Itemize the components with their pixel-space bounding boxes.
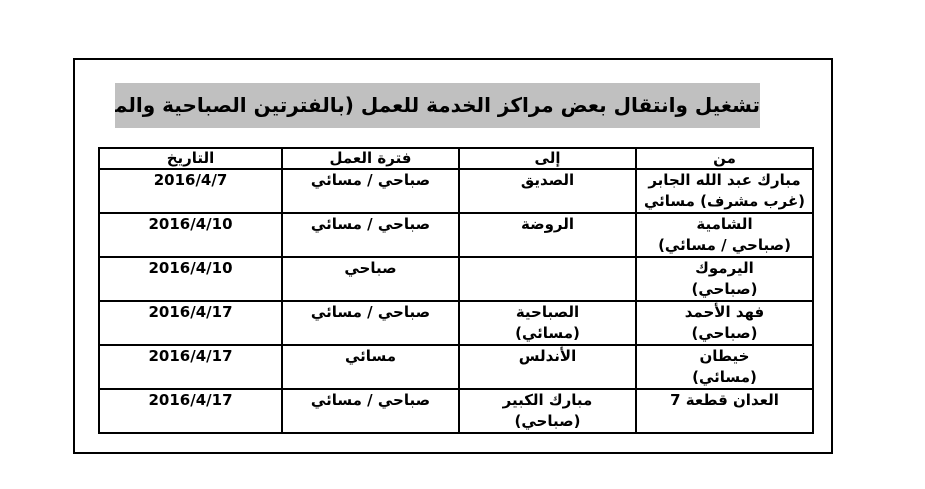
service-centers-table: من إلى فترة العمل التاريخ مبارك عبد الله… (98, 147, 814, 434)
table-row: اليرموك(صباحي)صباحي2016/4/10 (99, 257, 813, 301)
cell-work-period: صباحي / مسائي (282, 389, 459, 433)
cell-from: اليرموك(صباحي) (636, 257, 813, 301)
cell-date: 2016/4/10 (99, 213, 282, 257)
cell-work-period: مسائي (282, 345, 459, 389)
cell-from: خيطان(مسائي) (636, 345, 813, 389)
cell-date: 2016/4/17 (99, 345, 282, 389)
document-page: { "page": { "background": "#ffffff", "te… (0, 0, 925, 489)
table-row: فهد الأحمد(صباحي)الصباحية(مسائي)صباحي / … (99, 301, 813, 345)
table-row: مبارك عبد الله الجابر(غرب مشرف) مسائيالص… (99, 169, 813, 213)
cell-date: 2016/4/7 (99, 169, 282, 213)
table-body: مبارك عبد الله الجابر(غرب مشرف) مسائيالص… (99, 169, 813, 433)
column-header-from: من (636, 148, 813, 169)
table-row: العدان قطعة 7مبارك الكبير(صباحي)صباحي / … (99, 389, 813, 433)
column-header-to: إلى (459, 148, 636, 169)
column-header-date: التاريخ (99, 148, 282, 169)
cell-to: الصديق (459, 169, 636, 213)
table-row: خيطان(مسائي)الأندلسمسائي2016/4/17 (99, 345, 813, 389)
header-row: من إلى فترة العمل التاريخ (99, 148, 813, 169)
cell-date: 2016/4/17 (99, 389, 282, 433)
cell-to (459, 257, 636, 301)
cell-to: مبارك الكبير(صباحي) (459, 389, 636, 433)
cell-work-period: صباحي (282, 257, 459, 301)
content-frame: تشغيل وانتقال بعض مراكز الخدمة للعمل (با… (73, 58, 833, 454)
cell-to: الأندلس (459, 345, 636, 389)
page-title: تشغيل وانتقال بعض مراكز الخدمة للعمل (با… (115, 83, 760, 128)
cell-from: فهد الأحمد(صباحي) (636, 301, 813, 345)
table-row: الشامية(صباحي / مسائي)الروضةصباحي / مسائ… (99, 213, 813, 257)
column-header-work-period: فترة العمل (282, 148, 459, 169)
cell-date: 2016/4/10 (99, 257, 282, 301)
cell-from: العدان قطعة 7 (636, 389, 813, 433)
cell-work-period: صباحي / مسائي (282, 169, 459, 213)
cell-work-period: صباحي / مسائي (282, 301, 459, 345)
cell-date: 2016/4/17 (99, 301, 282, 345)
cell-to: الروضة (459, 213, 636, 257)
cell-from: مبارك عبد الله الجابر(غرب مشرف) مسائي (636, 169, 813, 213)
cell-work-period: صباحي / مسائي (282, 213, 459, 257)
cell-from: الشامية(صباحي / مسائي) (636, 213, 813, 257)
cell-to: الصباحية(مسائي) (459, 301, 636, 345)
